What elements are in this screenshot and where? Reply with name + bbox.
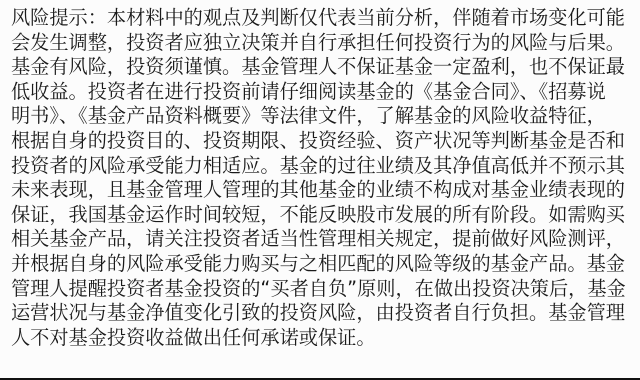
disclaimer-line: 管理人提醒投资者基金投资的“买者自负”原则，在做出投资决策后，基金 <box>11 277 631 302</box>
disclaimer-line: 基金有风险，投资须谨慎。基金管理人不保证基金一定盈利，也不保证最 <box>11 55 631 80</box>
disclaimer-line: 保证，我国基金运作时间较短，不能反映股市发展的所有阶段。如需购买 <box>11 203 631 228</box>
disclaimer-line: 明书》、《基金产品资料概要》等法律文件，了解基金的风险收益特征， <box>11 104 631 129</box>
disclaimer-line: 未来表现，且基金管理人管理的其他基金的业绩不构成对基金业绩表现的 <box>11 178 631 203</box>
disclaimer-line: 投资者的风险承受能力相适应。基金的过往业绩及其净值高低并不预示其 <box>11 154 631 179</box>
disclaimer-line: 运营状况与基金净值变化引致的投资风险，由投资者自行负担。基金管理 <box>11 301 631 326</box>
disclaimer-line: 低收益。投资者在进行投资前请仔细阅读基金的《基金合同》、《招募说 <box>11 80 631 105</box>
risk-disclaimer: 风险提示：本材料中的观点及判断仅代表当前分析，伴随着市场变化可能 会发生调整，投… <box>11 6 631 350</box>
disclaimer-line: 根据自身的投资目的、投资期限、投资经验、资产状况等判断基金是否和 <box>11 129 631 154</box>
disclaimer-line: 相关基金产品，请关注投资者适当性管理相关规定，提前做好风险测评， <box>11 227 631 252</box>
disclaimer-line: 人不对基金投资收益做出任何承诺或保证。 <box>11 326 631 351</box>
disclaimer-line: 会发生调整，投资者应独立决策并自行承担任何投资行为的风险与后果。 <box>11 31 631 56</box>
disclaimer-line: 风险提示：本材料中的观点及判断仅代表当前分析，伴随着市场变化可能 <box>11 6 631 31</box>
disclaimer-line: 并根据自身的风险承受能力购买与之相匹配的风险等级的基金产品。基金 <box>11 252 631 277</box>
